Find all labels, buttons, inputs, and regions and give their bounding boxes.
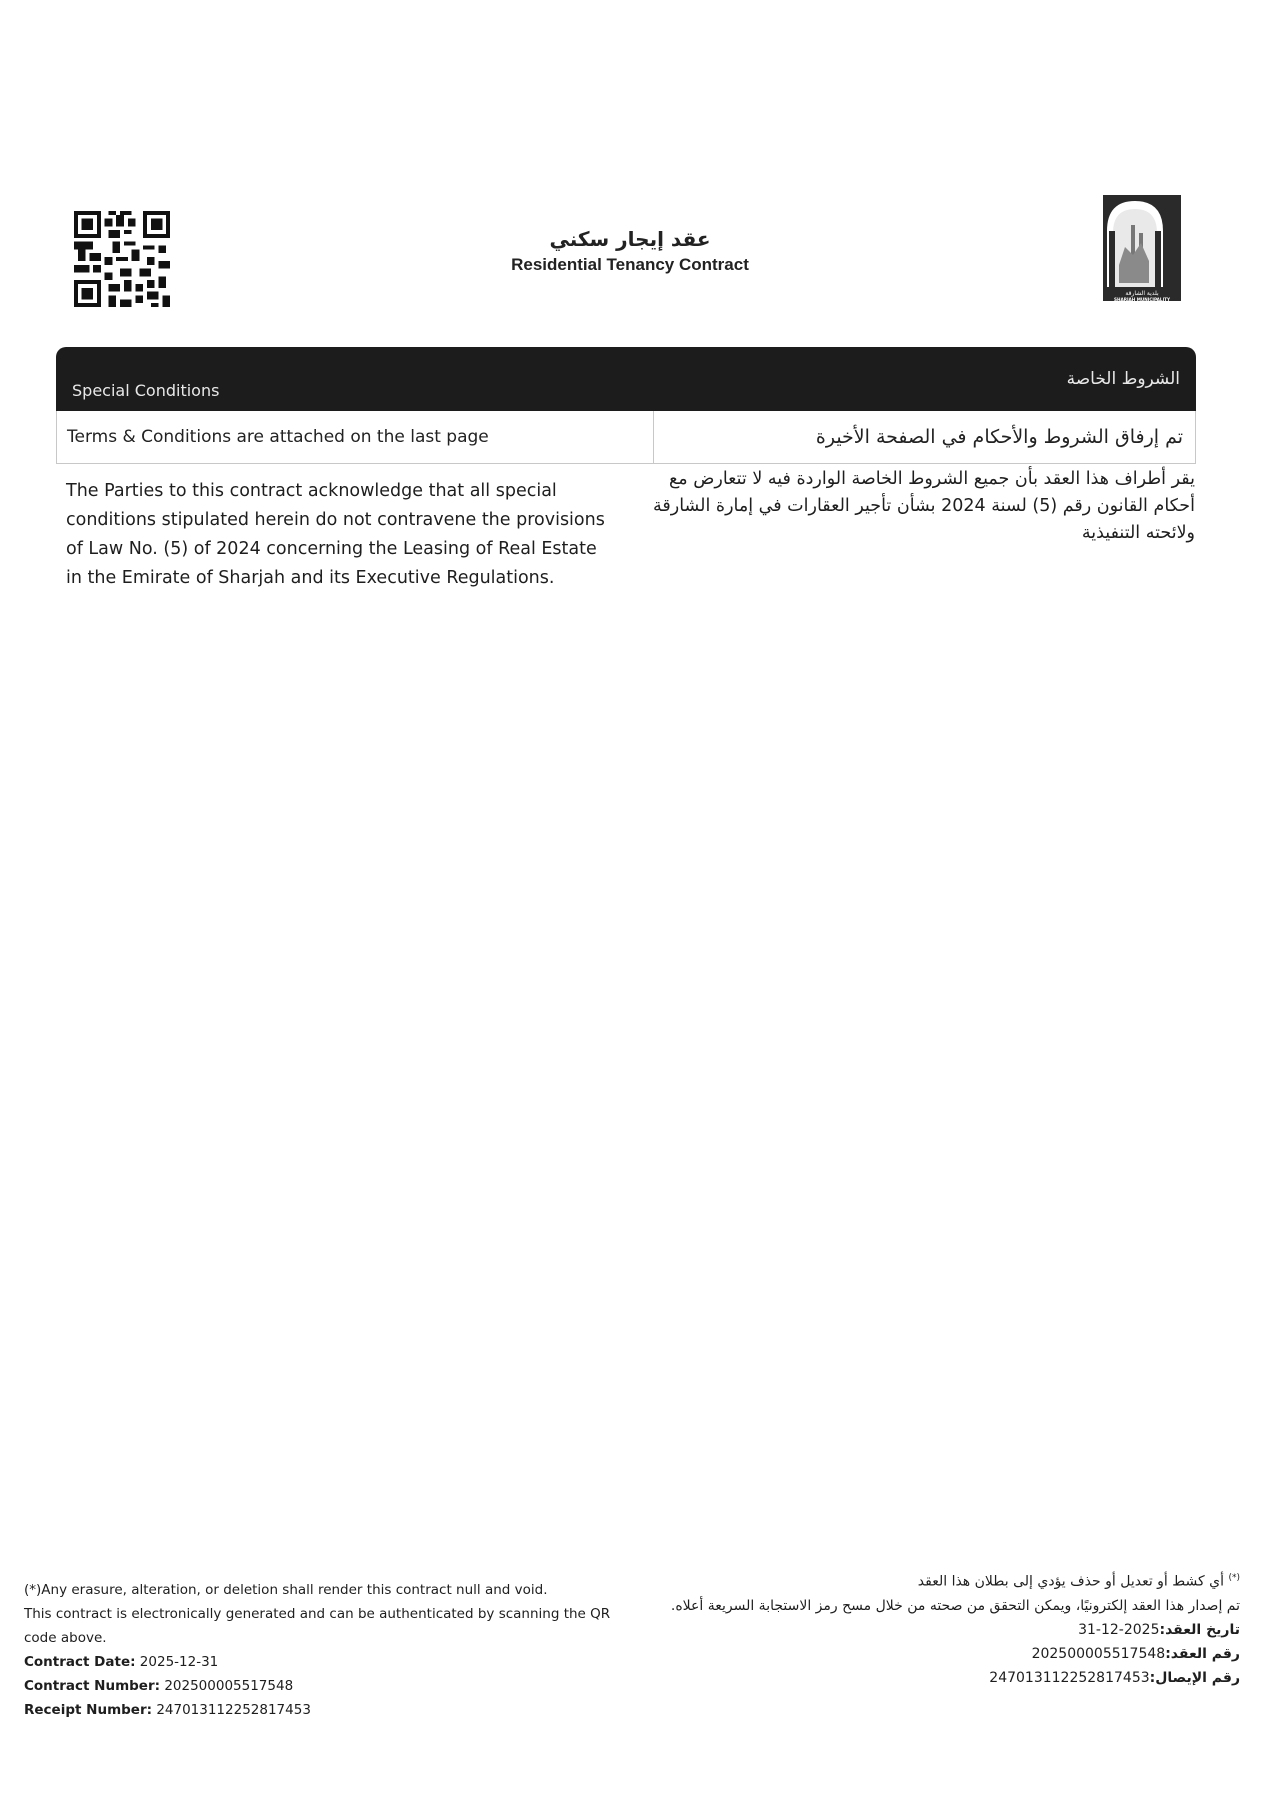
receipt-number-label: Receipt Number: [24, 1702, 152, 1718]
title-english: Residential Tenancy Contract [420, 252, 840, 278]
contract-date-value: 2025-12-31 [140, 1654, 218, 1670]
svg-text:SHARJAH MUNICIPALITY: SHARJAH MUNICIPALITY [1114, 297, 1171, 302]
special-conditions-row: Terms & Conditions are attached on the l… [56, 411, 1196, 464]
footer-english: (*)Any erasure, alteration, or deletion … [24, 1578, 644, 1722]
document-title: عقد إيجار سكني Residential Tenancy Contr… [420, 226, 840, 278]
qr-code-icon [74, 211, 170, 307]
sharjah-municipality-logo-icon: بلدية الشارقة SHARJAH MUNICIPALITY [1097, 195, 1181, 305]
contract-number-ar: رقم العقد:202500005517548 [660, 1642, 1240, 1666]
acknowledgement-ar: يقر أطراف هذا العقد بأن جميع الشروط الخا… [640, 466, 1195, 547]
authentication-note-ar: تم إصدار هذا العقد إلكترونيًا، ويمكن الت… [660, 1594, 1240, 1618]
receipt-number-value-ar: 247013112252817453 [989, 1670, 1149, 1686]
special-conditions-heading-ar: الشروط الخاصة [1067, 369, 1180, 389]
receipt-number-label-ar: رقم الإيصال: [1150, 1670, 1240, 1686]
special-conditions-table: Special Conditions الشروط الخاصة Terms &… [56, 347, 1196, 464]
contract-number-value-ar: 202500005517548 [1032, 1646, 1166, 1662]
disclaimer-en: (*)Any erasure, alteration, or deletion … [24, 1578, 644, 1602]
svg-text:بلدية الشارقة: بلدية الشارقة [1125, 290, 1159, 297]
authentication-note-en: This contract is electronically generate… [24, 1602, 644, 1650]
special-conditions-header: Special Conditions الشروط الخاصة [56, 347, 1196, 411]
terms-attached-en: Terms & Conditions are attached on the l… [57, 411, 654, 463]
contract-number-label: Contract Number: [24, 1678, 160, 1694]
contract-number-label-ar: رقم العقد: [1165, 1646, 1240, 1662]
contract-date-label: Contract Date: [24, 1654, 136, 1670]
receipt-number-ar: رقم الإيصال:247013112252817453 [660, 1666, 1240, 1690]
contract-number-value: 202500005517548 [164, 1678, 293, 1694]
disclaimer-text-ar: أي كشط أو تعديل أو حذف يؤدي إلى بطلان هذ… [918, 1574, 1224, 1590]
contract-date-ar: تاريخ العقد:2025-12-31 [660, 1618, 1240, 1642]
contract-date-label-ar: تاريخ العقد: [1159, 1622, 1240, 1638]
receipt-number-en: Receipt Number: 247013112252817453 [24, 1698, 644, 1722]
title-arabic: عقد إيجار سكني [420, 226, 840, 252]
special-conditions-heading-en: Special Conditions [72, 359, 219, 400]
acknowledgement-en: The Parties to this contract acknowledge… [66, 477, 606, 593]
receipt-number-value: 247013112252817453 [156, 1702, 311, 1718]
footer-arabic: (*) أي كشط أو تعديل أو حذف يؤدي إلى بطلا… [660, 1566, 1240, 1690]
contract-date-en: Contract Date: 2025-12-31 [24, 1650, 644, 1674]
terms-attached-ar: تم إرفاق الشروط والأحكام في الصفحة الأخي… [654, 411, 1195, 463]
disclaimer-mark: (*) [1228, 1573, 1240, 1583]
contract-date-value-ar: 2025-12-31 [1078, 1622, 1159, 1638]
contract-number-en: Contract Number: 202500005517548 [24, 1674, 644, 1698]
disclaimer-ar: (*) أي كشط أو تعديل أو حذف يؤدي إلى بطلا… [660, 1566, 1240, 1594]
